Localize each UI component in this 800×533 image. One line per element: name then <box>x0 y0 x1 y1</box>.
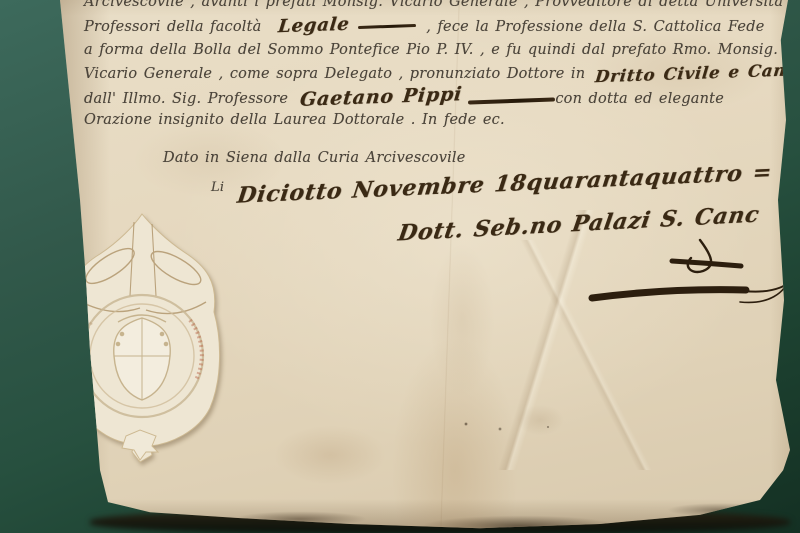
printed-text: con dotta ed elegante <box>555 89 724 109</box>
seal-coat-of-arms <box>114 315 171 400</box>
handwritten-signature: Dott. Seb.no Palazi S. Canc <box>397 204 761 243</box>
handwritten-date: Diciotto Novembre 18quarantaquattro = <box>236 162 773 205</box>
printed-text: Arcivescovile , avanti i prefati Monsig.… <box>84 0 800 10</box>
printed-line-4: Vicario Generale , come sopra Delegato ,… <box>84 63 724 84</box>
printed-line-1: Arcivescovile , avanti i prefati Monsig.… <box>84 0 724 12</box>
handwritten-professor-name: Gaetano Pippi <box>299 84 463 110</box>
printed-line-5: dall' Illmo. Sig. Professore Gaetano Pip… <box>84 87 724 109</box>
seal-paper-blob <box>67 214 220 462</box>
printed-line-2: Professori della facoltà Legale , fece l… <box>84 16 724 37</box>
handwritten-degree: Dritto Civile e Canonico <box>594 59 800 88</box>
printed-line-3: a forma della Bolla del Sommo Pontefice … <box>84 40 724 60</box>
date-line: Li Diciotto Novembre 18quarantaquattro = <box>211 174 772 198</box>
printed-line-6: Orazione insignito della Laurea Dottoral… <box>84 110 724 130</box>
ink-flourish-strokes <box>592 240 790 302</box>
signature-line: Dott. Seb.no Palazi S. Canc <box>398 214 760 237</box>
seal-faint-red-inscription <box>190 320 202 380</box>
seal-top-ornament <box>78 222 206 314</box>
printed-text: Orazione insignito della Laurea Dottoral… <box>84 112 505 128</box>
printed-li-prefix: Li <box>211 180 224 195</box>
printed-text: , fece la Professione della S. Cattolica… <box>426 19 764 35</box>
document-paper: Arcivescovile , avanti i prefati Monsig.… <box>0 0 800 533</box>
handwritten-faculty: Legale <box>277 15 351 38</box>
printed-text: Vicario Generale , come sopra Delegato ,… <box>84 64 585 84</box>
printed-dateline: Dato in Siena dalla Curia Arcivescovile <box>163 148 466 168</box>
seal-medallion-ring <box>80 295 203 417</box>
printed-text: a forma della Bolla del Sommo Pontefice … <box>84 42 778 58</box>
seal-bottom-tail <box>122 430 158 460</box>
printed-text: dall' Illmo. Sig. Professore <box>84 89 288 109</box>
photo-of-document: Arcivescovile , avanti i prefati Monsig.… <box>0 0 800 533</box>
ink-flourish <box>358 24 416 29</box>
ink-flourish <box>468 97 555 104</box>
printed-text: Professori della facoltà <box>84 19 262 35</box>
printed-text: Dato in Siena dalla Curia Arcivescovile <box>163 150 466 166</box>
